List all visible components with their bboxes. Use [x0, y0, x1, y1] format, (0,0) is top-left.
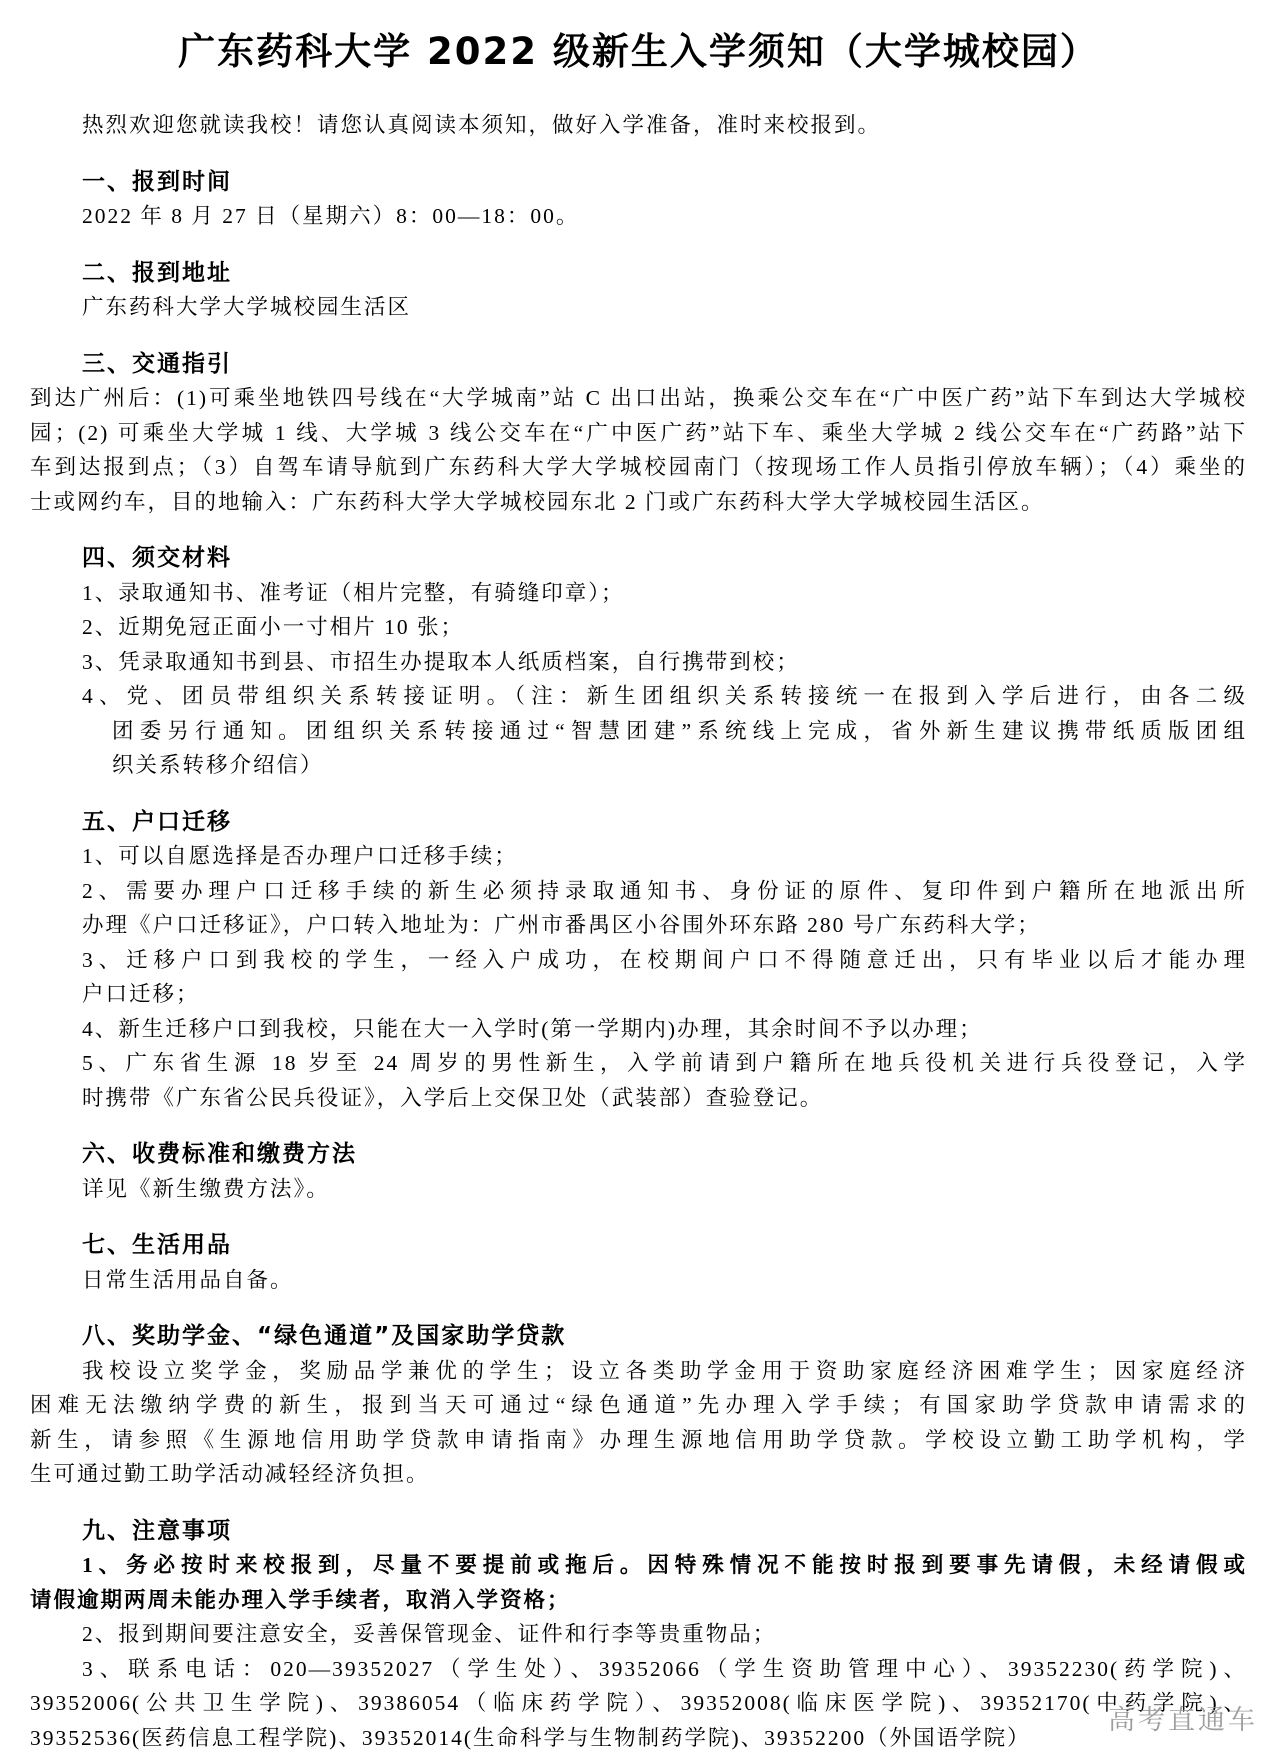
- notes-item-1-cont: 请假逾期两周未能办理入学手续者，取消入学资格；: [30, 1583, 1247, 1618]
- household-item-3: 3、迁移户口到我校的学生，一经入户成功，在校期间户口不得随意迁出，只有毕业以后才…: [30, 943, 1247, 978]
- fees-line: 详见《新生缴费方法》。: [30, 1172, 1247, 1207]
- traffic-line-3: 车到达报到点；（3）自驾车请导航到广东药科大学大学城校园南门（按现场工作人员指引…: [30, 450, 1247, 485]
- section-report-time-heading: 一、报到时间: [30, 165, 1247, 200]
- section-notes: 九、注意事项 1、务必按时来校报到，尽量不要提前或拖后。因特殊情况不能按时报到要…: [30, 1514, 1247, 1756]
- notes-item-1: 1、务必按时来校报到，尽量不要提前或拖后。因特殊情况不能按时报到要事先请假，未经…: [30, 1548, 1247, 1583]
- section-traffic-guide-heading: 三、交通指引: [30, 347, 1247, 382]
- section-daily-necessities-heading: 七、生活用品: [30, 1228, 1247, 1263]
- materials-item-2: 2、近期免冠正面小一寸相片 10 张；: [30, 610, 1247, 645]
- section-notes-heading: 九、注意事项: [30, 1514, 1247, 1549]
- materials-item-4-cont-2: 织关系转移介绍信）: [30, 748, 1247, 783]
- section-fees: 六、收费标准和缴费方法 详见《新生缴费方法》。: [30, 1137, 1247, 1206]
- household-item-3-cont: 户口迁移；: [30, 977, 1247, 1012]
- admission-notice-document: 广东药科大学 2022 级新生入学须知（大学城校园） 热烈欢迎您就读我校！请您认…: [0, 0, 1280, 1757]
- traffic-line-2: 园；(2) 可乘坐大学城 1 线、大学城 3 线公交车在“广中医广药”站下车、乘…: [30, 416, 1247, 451]
- section-scholarship: 八、奖助学金、“绿色通道”及国家助学贷款 我校设立奖学金，奖励品学兼优的学生；设…: [30, 1319, 1247, 1492]
- section-required-materials: 四、须交材料 1、录取通知书、准考证（相片完整，有骑缝印章）； 2、近期免冠正面…: [30, 541, 1247, 783]
- scholarship-line-3: 新生，请参照《生源地信用助学贷款申请指南》办理生源地信用助学贷款。学校设立勤工助…: [30, 1423, 1247, 1458]
- watermark: 高考直通车: [1108, 1698, 1258, 1737]
- section-fees-heading: 六、收费标准和缴费方法: [30, 1137, 1247, 1172]
- materials-item-4: 4、党、团员带组织关系转接证明。（注：新生团组织关系转接统一在报到入学后进行，由…: [30, 679, 1247, 714]
- intro-paragraph: 热烈欢迎您就读我校！请您认真阅读本须知，做好入学准备，准时来校报到。: [30, 108, 1247, 143]
- report-time-line: 2022 年 8 月 27 日（星期六）8：00—18：00。: [30, 199, 1247, 234]
- household-item-2-cont: 办理《户口迁移证》，户口转入地址为：广州市番禺区小谷围外环东路 280 号广东药…: [30, 908, 1247, 943]
- section-report-time: 一、报到时间 2022 年 8 月 27 日（星期六）8：00—18：00。: [30, 165, 1247, 234]
- notes-item-3-phones-cont-1: 39352006(公共卫生学院)、39386054（临床药学院）、3935200…: [30, 1686, 1247, 1721]
- section-required-materials-heading: 四、须交材料: [30, 541, 1247, 576]
- materials-item-3: 3、凭录取通知书到县、市招生办提取本人纸质档案，自行携带到校；: [30, 645, 1247, 680]
- section-report-address-heading: 二、报到地址: [30, 256, 1247, 291]
- scholarship-line-1: 我校设立奖学金，奖励品学兼优的学生；设立各类助学金用于资助家庭经济困难学生；因家…: [30, 1354, 1247, 1389]
- materials-item-4-cont-1: 团委另行通知。团组织关系转接通过“智慧团建”系统线上完成，省外新生建议携带纸质版…: [30, 714, 1247, 749]
- household-item-4: 4、新生迁移户口到我校，只能在大一入学时(第一学期内)办理，其余时间不予以办理；: [30, 1012, 1247, 1047]
- section-household-migration: 五、户口迁移 1、可以自愿选择是否办理户口迁移手续； 2、需要办理户口迁移手续的…: [30, 805, 1247, 1116]
- scholarship-line-4: 生可通过勤工助学活动减轻经济负担。: [30, 1457, 1247, 1492]
- household-item-5: 5、广东省生源 18 岁至 24 周岁的男性新生，入学前请到户籍所在地兵役机关进…: [30, 1046, 1247, 1081]
- section-daily-necessities: 七、生活用品 日常生活用品自备。: [30, 1228, 1247, 1297]
- document-title: 广东药科大学 2022 级新生入学须知（大学城校园）: [30, 28, 1247, 76]
- traffic-line-4: 士或网约车，目的地输入：广东药科大学大学城校园东北 2 门或广东药科大学大学城校…: [30, 485, 1247, 520]
- household-item-1: 1、可以自愿选择是否办理户口迁移手续；: [30, 839, 1247, 874]
- report-address-line: 广东药科大学大学城校园生活区: [30, 290, 1247, 325]
- materials-item-1: 1、录取通知书、准考证（相片完整，有骑缝印章）；: [30, 576, 1247, 611]
- household-item-5-cont: 时携带《广东省公民兵役证》，入学后上交保卫处（武装部）查验登记。: [30, 1081, 1247, 1116]
- section-scholarship-heading: 八、奖助学金、“绿色通道”及国家助学贷款: [30, 1319, 1247, 1354]
- household-item-2: 2、需要办理户口迁移手续的新生必须持录取通知书、身份证的原件、复印件到户籍所在地…: [30, 874, 1247, 909]
- notes-item-3-phones: 3、联系电话：020—39352027（学生处）、39352066（学生资助管理…: [30, 1652, 1247, 1687]
- notes-item-2: 2、报到期间要注意安全，妥善保管现金、证件和行李等贵重物品；: [30, 1617, 1247, 1652]
- daily-necessities-line: 日常生活用品自备。: [30, 1263, 1247, 1298]
- notes-item-3-phones-cont-2: 39352536(医药信息工程学院)、39352014(生命科学与生物制药学院)…: [30, 1721, 1247, 1756]
- section-report-address: 二、报到地址 广东药科大学大学城校园生活区: [30, 256, 1247, 325]
- section-household-migration-heading: 五、户口迁移: [30, 805, 1247, 840]
- traffic-line-1: 到达广州后：(1)可乘坐地铁四号线在“大学城南”站 C 出口出站，换乘公交车在“…: [30, 381, 1247, 416]
- section-traffic-guide: 三、交通指引 到达广州后：(1)可乘坐地铁四号线在“大学城南”站 C 出口出站，…: [30, 347, 1247, 520]
- scholarship-line-2: 困难无法缴纳学费的新生，报到当天可通过“绿色通道”先办理入学手续；有国家助学贷款…: [30, 1388, 1247, 1423]
